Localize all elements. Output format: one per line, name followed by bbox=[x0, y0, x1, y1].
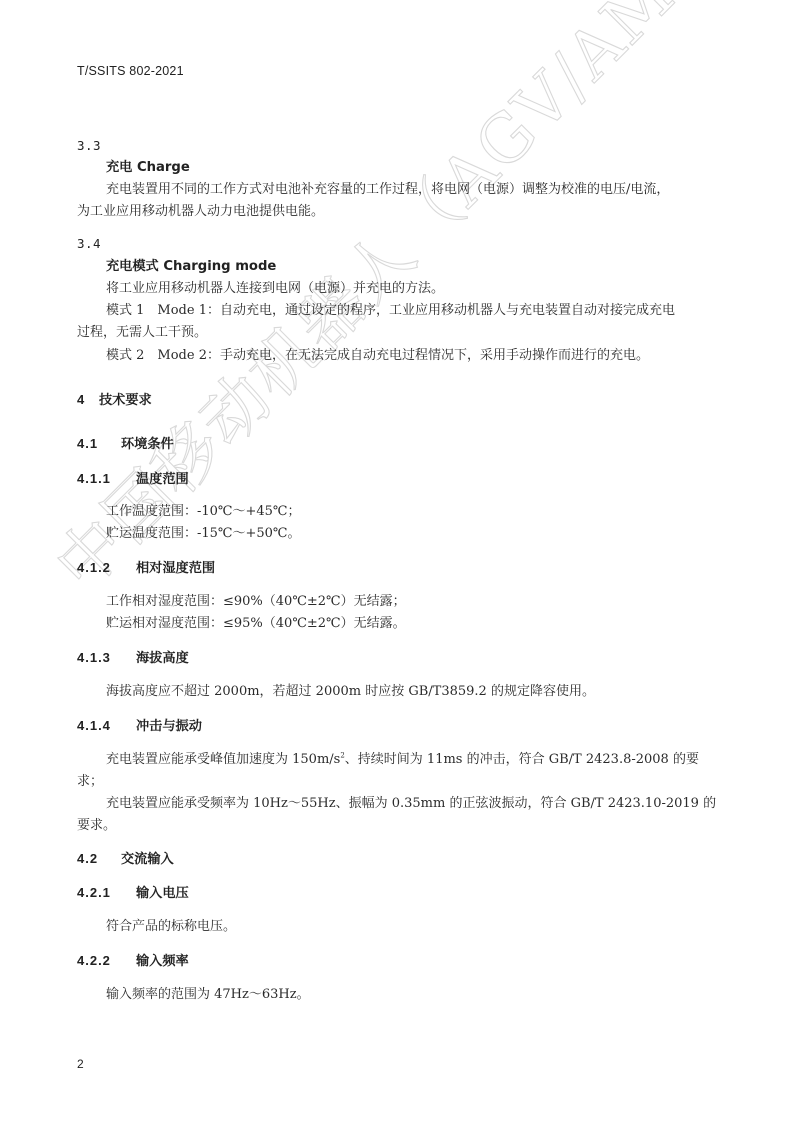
clause-4-2-2-heading: 4.2.2输入频率 bbox=[77, 952, 189, 971]
shock-text-post: 、持续时间为 11ms 的冲击，符合 GB/T 2423.8-2008 的要 bbox=[345, 752, 699, 767]
altitude-requirement: 海拔高度应不超过 2000m，若超过 2000m 时应按 GB/T3859.2 … bbox=[106, 683, 595, 701]
document-page: 中国移动机器人（AGV/AMR）产业联盟 T/SSITS 802-2021 3.… bbox=[0, 0, 800, 1132]
shock-requirement-line2: 求； bbox=[77, 773, 103, 791]
input-frequency-requirement: 输入频率的范围为 47Hz～63Hz。 bbox=[106, 986, 310, 1004]
term-charge: 充电 Charge bbox=[106, 159, 190, 177]
clause-title: 温度范围 bbox=[136, 472, 189, 487]
document-id-header: T/SSITS 802-2021 bbox=[77, 64, 184, 78]
vibration-requirement-line2: 要求。 bbox=[77, 817, 116, 835]
mode1-line2: 过程，无需人工干预。 bbox=[77, 324, 207, 342]
clause-number: 4.1.2 bbox=[77, 559, 136, 577]
shock-text-pre: 充电装置应能承受峰值加速度为 150m/s bbox=[106, 752, 340, 767]
clause-title: 输入电压 bbox=[136, 886, 189, 901]
clause-number: 4.2.1 bbox=[77, 884, 136, 902]
clause-number-3-4: 3.4 bbox=[77, 235, 101, 253]
shock-requirement-line1: 充电装置应能承受峰值加速度为 150m/s2、持续时间为 11ms 的冲击，符合… bbox=[106, 751, 699, 769]
clause-4-1-4-heading: 4.1.4冲击与振动 bbox=[77, 717, 202, 736]
mode1-line1: 模式 1 Mode 1：自动充电，通过设定的程序，工业应用移动机器人与充电装置自… bbox=[106, 302, 675, 320]
operating-humidity: 工作相对湿度范围：≤90%（40℃±2℃）无结露； bbox=[106, 593, 406, 611]
input-voltage-requirement: 符合产品的标称电压。 bbox=[106, 918, 236, 936]
clause-number: 4.2.2 bbox=[77, 952, 136, 970]
definition-charge-line1: 充电装置用不同的工作方式对电池补充容量的工作过程，将电网（电源）调整为校准的电压… bbox=[106, 181, 669, 199]
page-number: 2 bbox=[77, 1057, 84, 1071]
storage-temperature: 贮运温度范围：-15℃～+50℃。 bbox=[106, 525, 300, 543]
clause-4-1-heading: 4.1环境条件 bbox=[77, 435, 174, 454]
definition-charge-line2: 为工业应用移动机器人动力电池提供电能。 bbox=[77, 203, 324, 221]
mode2: 模式 2 Mode 2：手动充电，在无法完成自动充电过程情况下，采用手动操作而进… bbox=[106, 347, 649, 365]
chapter-title: 技术要求 bbox=[99, 393, 152, 408]
clause-number: 4.1.4 bbox=[77, 717, 136, 735]
vibration-requirement-line1: 充电装置应能承受频率为 10Hz～55Hz、振幅为 0.35mm 的正弦波振动，… bbox=[106, 795, 716, 813]
clause-4-1-1-heading: 4.1.1温度范围 bbox=[77, 470, 189, 489]
term-charging-mode: 充电模式 Charging mode bbox=[106, 258, 276, 276]
operating-temperature: 工作温度范围：-10℃～+45℃； bbox=[106, 503, 300, 521]
clause-title: 海拔高度 bbox=[136, 651, 189, 666]
storage-humidity: 贮运相对湿度范围：≤95%（40℃±2℃）无结露。 bbox=[106, 615, 406, 633]
clause-number: 4.2 bbox=[77, 850, 121, 868]
clause-4-1-2-heading: 4.1.2相对湿度范围 bbox=[77, 559, 215, 578]
chapter-number: 4 bbox=[77, 391, 99, 409]
clause-4-1-3-heading: 4.1.3海拔高度 bbox=[77, 649, 189, 668]
clause-title: 冲击与振动 bbox=[136, 719, 202, 734]
clause-title: 交流输入 bbox=[121, 852, 174, 867]
clause-number: 4.1.3 bbox=[77, 649, 136, 667]
clause-number: 4.1 bbox=[77, 435, 121, 453]
clause-title: 环境条件 bbox=[121, 437, 174, 452]
clause-number-3-3: 3.3 bbox=[77, 137, 101, 155]
clause-4-2-1-heading: 4.2.1输入电压 bbox=[77, 884, 189, 903]
chapter-4-heading: 4技术要求 bbox=[77, 391, 152, 410]
clause-title: 输入频率 bbox=[136, 954, 189, 969]
clause-4-2-heading: 4.2交流输入 bbox=[77, 850, 174, 869]
clause-number: 4.1.1 bbox=[77, 470, 136, 488]
definition-charging-mode: 将工业应用移动机器人连接到电网（电源）并充电的方法。 bbox=[106, 280, 444, 298]
clause-title: 相对湿度范围 bbox=[136, 561, 215, 576]
